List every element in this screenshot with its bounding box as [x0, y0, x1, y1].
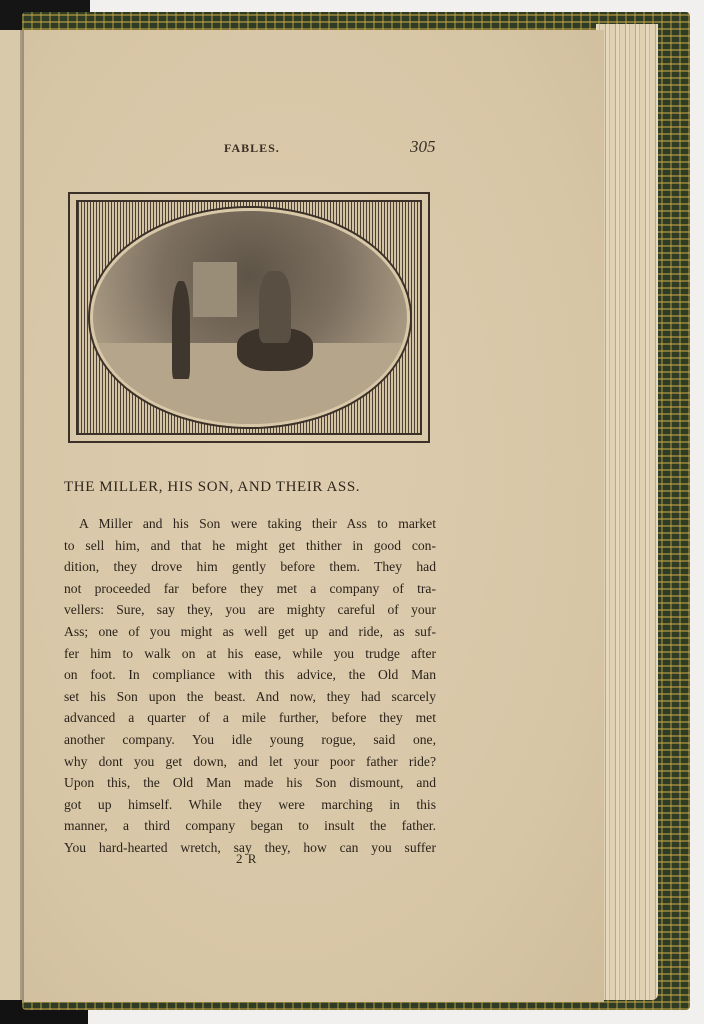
- fable-title: THE MILLER, HIS SON, AND THEIR ASS.: [64, 479, 436, 496]
- text-line: manner, a third company began to insult …: [64, 815, 436, 837]
- running-head: FABLES.: [224, 141, 280, 156]
- facing-page-edge: [0, 30, 23, 1000]
- text-line: fer him to walk on at his ease, while yo…: [64, 643, 436, 665]
- scene-cottage: [193, 262, 237, 317]
- text-line: Ass; one of you might as well get up and…: [64, 621, 436, 643]
- text-line: advanced a quarter of a mile further, be…: [64, 707, 436, 729]
- page-number: 305: [410, 137, 436, 157]
- text-line: on foot. In compliance with this advice,…: [64, 664, 436, 686]
- fable-body-text: A Miller and his Son were taking their A…: [64, 513, 436, 859]
- text-line: got up himself. While they were marching…: [64, 794, 436, 816]
- text-line: another company. You idle young rogue, s…: [64, 729, 436, 751]
- text-line: set his Son upon the beast. And now, the…: [64, 686, 436, 708]
- text-line: why dont you get down, and let your poor…: [64, 751, 436, 773]
- text-line: not proceeded far before they met a comp…: [64, 578, 436, 600]
- text-line: dition, they drove him gently before the…: [64, 556, 436, 578]
- engraving-oval-scene: [90, 208, 410, 427]
- text-line: vellers: Sure, say they, you are mighty …: [64, 599, 436, 621]
- figure-man-with-stick: [172, 281, 191, 379]
- engraving-illustration: [68, 192, 430, 443]
- figure-riders: [259, 271, 290, 343]
- engraving-hatched-frame: [76, 200, 422, 435]
- text-line: to sell him, and that he might get thith…: [64, 535, 436, 557]
- text-line: A Miller and his Son were taking their A…: [64, 513, 436, 535]
- signature-mark: 2 R: [236, 851, 257, 867]
- page-stack-edge: [596, 24, 658, 1000]
- text-line: Upon this, the Old Man made his Son dism…: [64, 772, 436, 794]
